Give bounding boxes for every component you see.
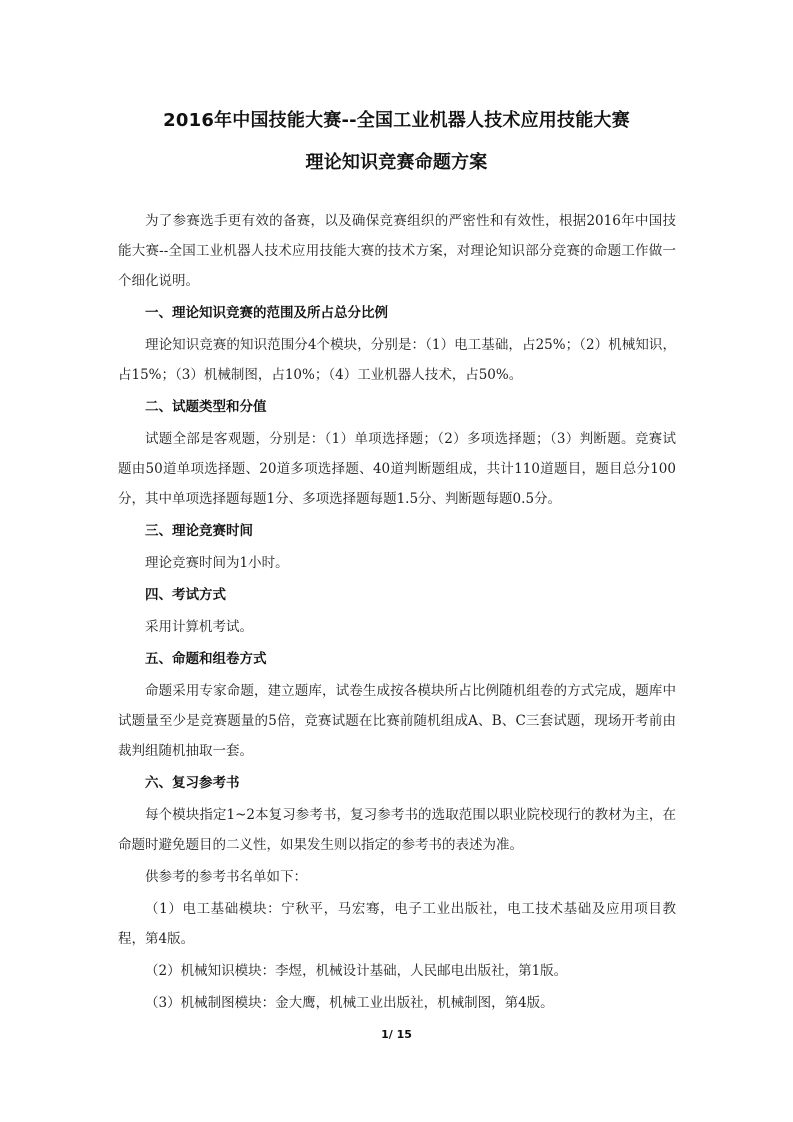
- section-heading-question-types: 二、试题类型和分值: [118, 392, 676, 422]
- section-heading-scope: 一、理论知识竞赛的范围及所占总分比例: [118, 298, 676, 328]
- reference-item: （1）电工基础模块：宁秋平，马宏骞，电子工业出版社，电工技术基础及应用项目教程，…: [118, 894, 676, 954]
- section-paragraph-question-types: 试题全部是客观题，分别是：（1）单项选择题；（2）多项选择题；（3）判断题。竞赛…: [118, 424, 676, 514]
- section-paragraph-scope: 理论知识竞赛的知识范围分4个模块，分别是：（1）电工基础，占25%；（2）机械知…: [118, 330, 676, 390]
- section-heading-paper-assembly: 五、命题和组卷方式: [118, 644, 676, 674]
- section-paragraph-duration: 理论竞赛时间为1小时。: [118, 548, 676, 578]
- document-title-line2: 理论知识竞赛命题方案: [0, 148, 793, 174]
- section-paragraph-reference-books: 每个模块指定1~2本复习参考书，复习参考书的选取范围以职业院校现行的教材为主，在…: [118, 800, 676, 860]
- section-paragraph-exam-method: 采用计算机考试。: [118, 612, 676, 642]
- document-page: 2016年中国技能大赛--全国工业机器人技术应用技能大赛 理论知识竞赛命题方案 …: [0, 0, 793, 1122]
- reference-list-intro: 供参考的参考书名单如下：: [118, 862, 676, 892]
- section-paragraph-paper-assembly: 命题采用专家命题，建立题库，试卷生成按各模块所占比例随机组卷的方式完成，题库中试…: [118, 676, 676, 766]
- reference-item: （2）机械知识模块：李煜，机械设计基础，人民邮电出版社，第1版。: [118, 956, 676, 986]
- intro-paragraph: 为了参赛选手更有效的备赛，以及确保竞赛组织的严密性和有效性，根据2016年中国技…: [118, 206, 676, 296]
- document-title-line1: 2016年中国技能大赛--全国工业机器人技术应用技能大赛: [0, 106, 793, 132]
- section-heading-exam-method: 四、考试方式: [118, 580, 676, 610]
- section-heading-reference-books: 六、复习参考书: [118, 768, 676, 798]
- section-heading-duration: 三、理论竞赛时间: [118, 516, 676, 546]
- document-body: 为了参赛选手更有效的备赛，以及确保竞赛组织的严密性和有效性，根据2016年中国技…: [118, 206, 676, 1020]
- page-number: 1/ 15: [0, 1028, 793, 1041]
- reference-item: （3）机械制图模块：金大鹰，机械工业出版社，机械制图，第4版。: [118, 988, 676, 1018]
